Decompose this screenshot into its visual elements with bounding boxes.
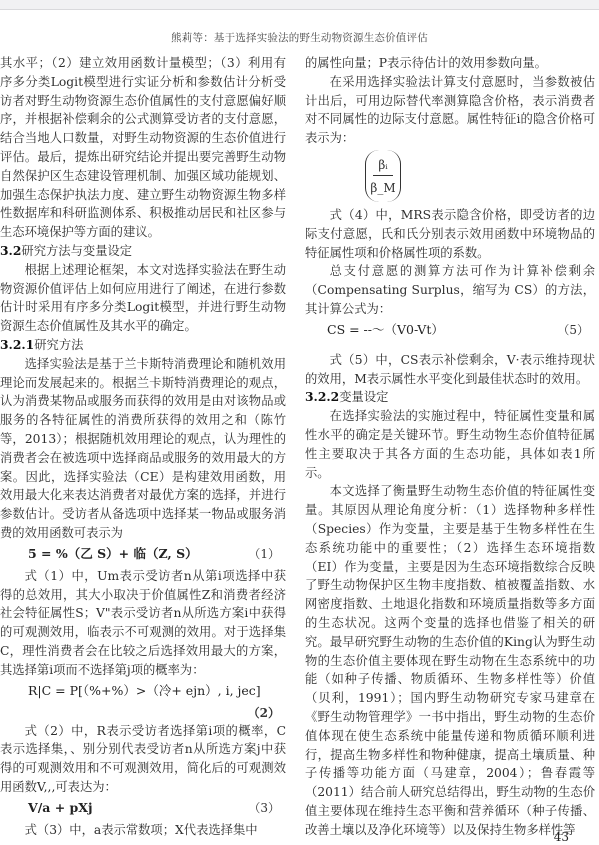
fraction: βᵢ β_M — [365, 150, 401, 202]
viewer-top-bar — [0, 0, 599, 10]
section-title: 研究方法与变量设定 — [21, 244, 132, 258]
section-heading-3-2: 3.2研究方法与变量设定 — [0, 242, 286, 261]
equation-expression: V/a + pXj — [28, 799, 93, 818]
fraction-denominator: β_M — [366, 179, 400, 198]
equation-number: （1） — [248, 545, 280, 564]
paragraph: 总支付意愿的测算方法可作为计算补偿剩余（Compensating Surplus… — [305, 262, 595, 318]
equation-expression: R|C = P[（%+%）>（冷+ ejn）, i, jec] — [28, 682, 261, 701]
fraction-bar — [373, 175, 393, 176]
running-header: 熊莉等：基于选择实验法的野生动物资源生态价值评估 — [0, 30, 599, 45]
section-title: 变量设定 — [339, 390, 388, 404]
paragraph: 式（5）中，CS表示补偿剩余，V·表示维持现状的效用，M表示属性水平变化到最佳状… — [305, 351, 595, 389]
fraction-numerator: βᵢ — [366, 156, 400, 175]
equation-4: βᵢ β_M — [305, 148, 595, 206]
section-number: 3.2.1 — [0, 337, 34, 352]
left-column: 其水平；（2）建立效用函数计量模型；（3）利用有序多分类Logit模型进行实证分… — [0, 54, 286, 839]
equation-1: 5 = %（乙 S）+ 临（Z, S） （1） — [0, 545, 286, 565]
equation-expression: CS = --〜（V0-Vt） — [327, 321, 444, 340]
equation-expression: 5 = %（乙 S）+ 临（Z, S） — [28, 545, 198, 564]
section-number: 3.2 — [0, 243, 21, 258]
section-heading-3-2-1: 3.2.1研究方法 — [0, 336, 286, 355]
paragraph: 式（4）中，MRS表示隐含价格，即受访者的边际支付意愿，氏和氏分别表示效用函数中… — [305, 206, 595, 262]
equation-number: （5） — [557, 321, 589, 340]
equation-2: R|C = P[（%+%）>（冷+ ejn）, i, jec] — [0, 682, 286, 702]
paragraph: 本文选择了衡量野生动物生态价值的特征属性变量。其原因从理论角度分析：（1）选择物… — [305, 482, 595, 839]
equation-3: V/a + pXj （3） — [0, 799, 286, 819]
paragraph: 选择实验法是基于兰卡斯特消费理论和随机效用理论而发展起来的。根据兰卡斯特消费理论… — [0, 355, 286, 543]
section-title: 研究方法 — [34, 338, 83, 352]
equation-2-number-row: （2） — [0, 704, 286, 722]
paragraph: 式（3）中，a表示常数项；X代表选择集中 — [0, 821, 286, 840]
paragraph: 根据上述理论框架，本文对选择实验法在野生动物资源价值评估上如何应用进行了阐述，在… — [0, 261, 286, 336]
paragraph: 式（2）中，R表示受访者选择第i项的概率，C表示选择集，、别分别代表受访者n从所… — [0, 722, 286, 797]
paragraph: 在采用选择实验法计算支付意愿时，当参数被估计出后，可用边际替代率测算隐含价格，表… — [305, 73, 595, 148]
paragraph: 在选择实验法的实施过程中，特征属性变量和属性水平的确定是关键环节。野生动物生态价… — [305, 407, 595, 482]
equation-5: CS = --〜（V0-Vt） （5） — [305, 321, 595, 341]
paragraph: 式（1）中，Um表示受访者n从第i项选择中获得的总效用，其大小取决于价值属性Z和… — [0, 567, 286, 680]
right-column: 的属性向量；P表示待估计的效用参数向量。 在采用选择实验法计算支付意愿时，当参数… — [305, 54, 595, 839]
paragraph: 其水平；（2）建立效用函数计量模型；（3）利用有序多分类Logit模型进行实证分… — [0, 54, 286, 242]
equation-number: （3） — [248, 799, 280, 818]
section-heading-3-2-2: 3.2.2变量设定 — [305, 388, 595, 407]
equation-number: （2） — [248, 704, 280, 723]
paragraph: 的属性向量；P表示待估计的效用参数向量。 — [305, 54, 595, 73]
section-number: 3.2.2 — [305, 389, 339, 404]
page-number: 43 — [554, 830, 569, 844]
